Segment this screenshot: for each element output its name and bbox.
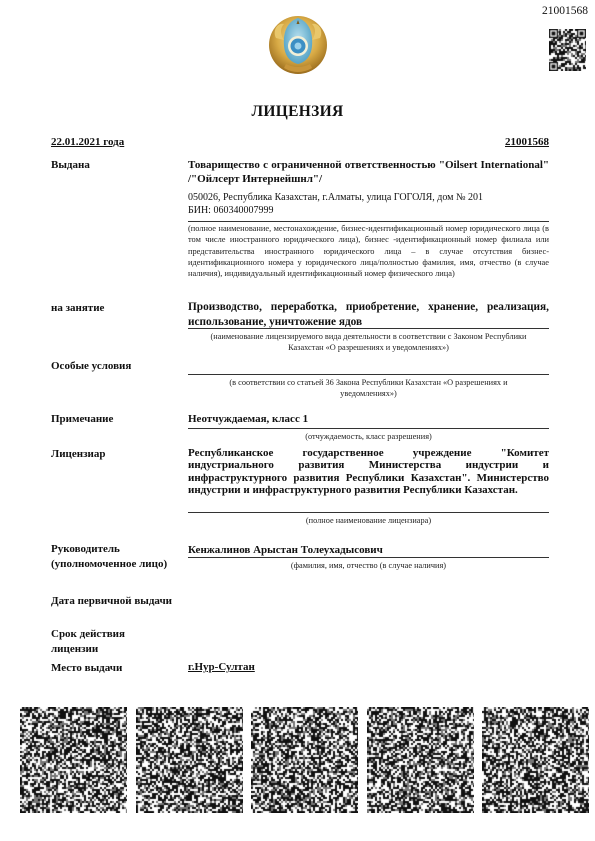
validity-label: Срок действия лицензии xyxy=(51,627,125,657)
document-title: ЛИЦЕНЗИЯ xyxy=(0,103,595,121)
footer-qr-codes xyxy=(0,707,595,813)
issued-to-address: 050026, Республика Казахстан, г.Алматы, … xyxy=(188,191,549,204)
head-hint: (фамилия, имя, отчество (в случае наличи… xyxy=(188,560,549,571)
divider xyxy=(188,221,549,222)
licensor-hint: (полное наименование лицензиара) xyxy=(188,515,549,526)
qr-code-icon xyxy=(251,707,358,813)
activity-hint: (наименование лицензируемого вида деятел… xyxy=(188,331,549,353)
issued-to-name: Товарищество с ограниченной ответственно… xyxy=(188,158,549,186)
qr-code-icon xyxy=(136,707,243,813)
divider xyxy=(188,512,549,513)
place-value: г.Нур-Султан xyxy=(188,661,255,673)
issued-to-label: Выдана xyxy=(51,158,90,173)
qr-code-icon xyxy=(549,29,586,71)
document-number-top: 21001568 xyxy=(542,5,588,17)
validity-label-line2: лицензии xyxy=(51,642,125,657)
license-number: 21001568 xyxy=(505,136,549,148)
qr-code-icon xyxy=(20,707,127,813)
issue-date: 22.01.2021 года xyxy=(51,136,124,148)
activity-label: на занятие xyxy=(51,301,104,316)
special-conditions-label: Особые условия xyxy=(51,359,131,374)
head-label: Руководитель (уполномоченное лицо) xyxy=(51,542,167,572)
divider xyxy=(188,374,549,375)
licensor-value: Республиканское государственное учрежден… xyxy=(188,447,549,496)
issued-to-hint: (полное наименование, местонахождение, б… xyxy=(188,223,549,279)
first-issue-date-label: Дата первичной выдачи xyxy=(51,594,172,609)
licensor-label: Лицензиар xyxy=(51,447,105,462)
note-hint: (отчуждаемость, класс разрешения) xyxy=(188,431,549,442)
divider xyxy=(188,557,549,558)
divider xyxy=(188,328,549,329)
special-conditions-hint: (в соответствии со статьей 36 Закона Рес… xyxy=(188,377,549,399)
issued-to-bin: БИН: 060340007999 xyxy=(188,204,549,217)
head-label-line2: (уполномоченное лицо) xyxy=(51,557,167,572)
head-value: Кенжалинов Арыстан Толеухадысович xyxy=(188,543,549,557)
head-label-line1: Руководитель xyxy=(51,542,167,557)
note-label: Примечание xyxy=(51,412,113,427)
activity-value: Производство, переработка, приобретение,… xyxy=(188,300,549,330)
place-label: Место выдачи xyxy=(51,661,122,676)
divider xyxy=(188,428,549,429)
qr-code-icon xyxy=(482,707,589,813)
validity-label-line1: Срок действия xyxy=(51,627,125,642)
state-emblem-icon xyxy=(266,12,330,78)
note-value: Неотчуждаемая, класс 1 xyxy=(188,412,549,426)
qr-code-icon xyxy=(367,707,474,813)
